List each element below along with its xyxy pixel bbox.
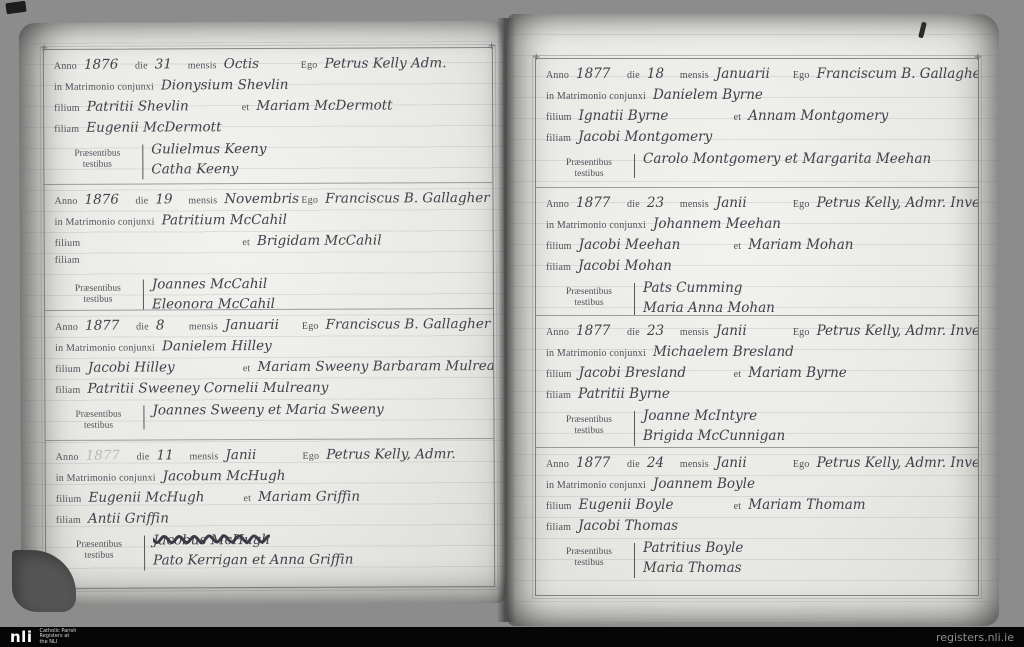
- witness-1: Joannes Sweeny et Maria Sweeny: [152, 401, 487, 422]
- anno-label: Anno: [54, 196, 77, 207]
- brace-mark: [634, 154, 635, 178]
- month-value: Novembris: [224, 191, 294, 207]
- witness-2: Brigida McCunnigan: [643, 428, 972, 447]
- right-page-frame: Anno 1877 die 18 mensis Januarii Ego Fra…: [535, 58, 979, 596]
- die-label: die: [627, 199, 640, 210]
- filium-label: filium: [546, 501, 572, 512]
- bride-father-name: Patritii Sweeney Cornelii Mulreany: [87, 380, 328, 397]
- die-label: die: [627, 459, 640, 470]
- priest-name: Petrus Kelly, Admr.: [326, 446, 456, 463]
- left-page-frame: Anno 1876 die 31 mensis Octis Ego Petrus…: [43, 47, 495, 589]
- groom-name: Danielem Byrne: [653, 87, 763, 103]
- et-label: et: [242, 102, 250, 113]
- groom-father-name: Eugenii Boyle: [579, 497, 727, 513]
- ego-label: Ego: [793, 327, 810, 338]
- witness-1: Joannes McCahil: [152, 275, 487, 296]
- register-entry: Anno 1877 die 11 mensis Janii Ego Petrus…: [46, 438, 495, 588]
- conjunxi-label: in Matrimonio conjunxi: [546, 480, 646, 491]
- witness-2: Maria Thomas: [643, 560, 972, 580]
- month-value: Janii: [716, 195, 786, 211]
- testibus-label: Præsentibus testibus: [546, 280, 632, 315]
- year-value: 1876: [84, 57, 128, 73]
- year-value: 1877: [85, 318, 129, 334]
- anno-label: Anno: [55, 322, 78, 333]
- bride-name: Mariam McDermott: [256, 97, 392, 114]
- register-left-page-scan: Anno 1876 die 31 mensis Octis Ego Petrus…: [19, 21, 506, 605]
- witness-2: Eleonora McCahil: [152, 295, 487, 310]
- groom-name: Jacobum McHugh: [163, 468, 286, 485]
- filium-label: filium: [546, 112, 572, 123]
- anno-label: Anno: [546, 199, 569, 210]
- groom-father-name: Eugenii McHugh: [88, 489, 236, 506]
- mensis-label: mensis: [188, 60, 217, 71]
- bride-father-name: Jacobi Montgomery: [578, 129, 712, 145]
- year-value: 1877: [576, 455, 620, 471]
- bride-name: Mariam Griffin: [258, 489, 360, 505]
- year-value: 1876: [85, 192, 129, 208]
- priest-name: Petrus Kelly Adm.: [324, 55, 446, 72]
- day-value: 23: [647, 323, 673, 339]
- filiam-label: filiam: [546, 522, 571, 533]
- ego-label: Ego: [793, 459, 810, 470]
- bride-name: Mariam Thomam: [748, 497, 865, 513]
- month-value: Janii: [716, 455, 786, 471]
- conjunxi-label: in Matrimonio conjunxi: [546, 348, 646, 359]
- register-entry: Anno 1877 die 24 mensis Janii Ego Petrus…: [536, 447, 978, 595]
- priest-name: Petrus Kelly, Admr. Inver: [817, 455, 978, 471]
- groom-name: Michaelem Bresland: [653, 344, 794, 360]
- bride-father-name: Jacobi Thomas: [578, 518, 678, 534]
- bride-name: Mariam Sweeny Barbaram Mulreany: [257, 358, 493, 375]
- die-label: die: [627, 70, 640, 81]
- die-label: die: [137, 451, 150, 462]
- anno-label: Anno: [546, 327, 569, 338]
- anno-label: Anno: [54, 61, 77, 72]
- filium-label: filium: [54, 103, 80, 114]
- filiam-label: filiam: [55, 255, 80, 266]
- conjunxi-label: in Matrimonio conjunxi: [56, 472, 156, 483]
- priest-name: Franciscum B. Gallagher C.C.: [817, 66, 978, 82]
- filiam-label: filiam: [54, 124, 79, 135]
- mensis-label: mensis: [680, 199, 709, 210]
- bride-father-name: Eugenii McDermott: [86, 119, 221, 136]
- year-value: 1877: [576, 66, 620, 82]
- groom-name: Danielem Hilley: [162, 338, 272, 354]
- testibus-label: Præsentibus testibus: [56, 533, 142, 573]
- conjunxi-label: in Matrimonio conjunxi: [546, 220, 646, 231]
- brace-mark: [634, 411, 635, 446]
- month-value: Januarii: [225, 317, 295, 333]
- priest-name: Franciscus B. Gallagher C.C.: [326, 316, 494, 333]
- filium-label: filium: [55, 364, 81, 375]
- testibus-label: Præsentibus testibus: [546, 408, 632, 447]
- et-label: et: [734, 501, 742, 512]
- nli-logo-group: nli Catholic Parish Registers at the NLI: [10, 629, 76, 646]
- conjunxi-label: in Matrimonio conjunxi: [546, 91, 646, 102]
- nli-logo-caption: Catholic Parish Registers at the NLI: [39, 629, 76, 646]
- ego-label: Ego: [301, 195, 318, 206]
- bride-name: Mariam Mohan: [748, 237, 853, 253]
- brace-mark: [634, 283, 635, 315]
- register-entry: Anno 1876 die 31 mensis Octis Ego Petrus…: [44, 48, 493, 184]
- et-label: et: [734, 241, 742, 252]
- mensis-label: mensis: [189, 321, 218, 332]
- groom-father-name: Jacobi Hilley: [88, 359, 236, 376]
- brace-mark: [142, 145, 143, 180]
- ego-label: Ego: [302, 321, 319, 332]
- day-value: 11: [156, 447, 182, 463]
- conjunxi-label: in Matrimonio conjunxi: [55, 216, 155, 227]
- die-label: die: [627, 327, 640, 338]
- register-entry: Anno 1877 die 23 mensis Janii Ego Petrus…: [536, 315, 978, 447]
- ego-label: Ego: [793, 70, 810, 81]
- register-entry: Anno 1876 die 19 mensis Novembris Ego Fr…: [44, 182, 493, 310]
- witness-1: Pats Cumming: [643, 280, 972, 300]
- testibus-label: Præsentibus testibus: [55, 403, 141, 432]
- month-value: Januarii: [716, 66, 786, 82]
- witness-2: Maria Anna Mohan: [643, 300, 972, 315]
- priest-name: Petrus Kelly, Admr. Inver: [817, 323, 978, 339]
- anno-label: Anno: [546, 459, 569, 470]
- month-value: Octis: [224, 56, 294, 72]
- priest-name: Franciscus B. Gallagher C.C. Inverensis: [325, 190, 493, 207]
- year-value: 1877: [86, 448, 130, 464]
- brace-mark: [634, 543, 635, 578]
- et-label: et: [243, 363, 251, 374]
- year-value: 1877: [576, 195, 620, 211]
- mensis-label: mensis: [189, 451, 218, 462]
- brace-mark: [144, 536, 145, 571]
- ego-label: Ego: [302, 451, 319, 462]
- witness-1: Carolo Montgomery et Margarita Meehan: [643, 151, 972, 171]
- mensis-label: mensis: [680, 459, 709, 470]
- brace-mark: [143, 280, 144, 310]
- groom-father-name: Jacobi Meehan: [579, 237, 727, 253]
- mensis-label: mensis: [680, 70, 709, 81]
- register-entry: Anno 1877 die 18 mensis Januarii Ego Fra…: [536, 59, 978, 187]
- anno-label: Anno: [546, 70, 569, 81]
- testibus-label: Præsentibus testibus: [546, 151, 632, 180]
- register-entry: Anno 1877 die 8 mensis Januarii Ego Fran…: [45, 308, 494, 440]
- ego-label: Ego: [301, 60, 318, 71]
- scan-edge-mark: [5, 1, 26, 15]
- witness-2: Catha Keeny: [151, 160, 486, 181]
- filium-label: filium: [546, 369, 572, 380]
- bride-name: Brigidam McCahil: [257, 232, 382, 249]
- filium-label: filium: [56, 494, 82, 505]
- witness-1-crossed-out: Jacobus McHugh: [153, 531, 488, 552]
- groom-name: Johannem Meehan: [653, 216, 781, 232]
- testibus-label: Præsentibus testibus: [55, 277, 141, 310]
- register-entry: Anno 1877 die 23 mensis Janii Ego Petrus…: [536, 187, 978, 315]
- groom-name: Patritium McCahil: [162, 212, 287, 229]
- day-value: 18: [647, 66, 673, 82]
- mensis-label: mensis: [188, 195, 217, 206]
- filiam-label: filiam: [546, 133, 571, 144]
- filiam-label: filiam: [55, 385, 80, 396]
- nli-logo: nli: [10, 629, 32, 645]
- register-right-page-scan: Anno 1877 die 18 mensis Januarii Ego Fra…: [507, 14, 999, 626]
- day-value: 31: [155, 56, 181, 72]
- witness-1: Gulielmus Keeny: [151, 140, 486, 161]
- filium-label: filium: [546, 241, 572, 252]
- bride-name: Annam Montgomery: [748, 108, 888, 124]
- filium-label: filium: [55, 238, 81, 249]
- witness-1: Joanne McIntyre: [643, 408, 972, 428]
- brace-mark: [143, 406, 144, 430]
- die-label: die: [135, 60, 148, 71]
- day-value: 24: [647, 455, 673, 471]
- month-value: Janii: [225, 447, 295, 463]
- groom-father-name: Ignatii Byrne: [579, 108, 727, 124]
- et-label: et: [242, 237, 250, 248]
- groom-name: Joannem Boyle: [653, 476, 755, 492]
- die-label: die: [136, 321, 149, 332]
- et-label: et: [734, 112, 742, 123]
- witness-2: Pato Kerrigan et Anna Griffin: [153, 551, 488, 572]
- filiam-label: filiam: [546, 390, 571, 401]
- footer-bar: nli Catholic Parish Registers at the NLI…: [0, 627, 1024, 647]
- site-watermark: registers.nli.ie: [936, 631, 1014, 644]
- entry-header-row: Anno 1876 die 31 mensis Octis Ego Petrus…: [54, 55, 486, 78]
- bride-father-name: Jacobi Mohan: [578, 258, 672, 274]
- et-label: et: [243, 493, 251, 504]
- bride-father-name: Antii Griffin: [88, 510, 169, 526]
- month-value: Janii: [716, 323, 786, 339]
- testibus-label: Præsentibus testibus: [54, 142, 140, 182]
- bride-name: Mariam Byrne: [748, 365, 846, 381]
- day-value: 8: [156, 317, 182, 333]
- mensis-label: mensis: [680, 327, 709, 338]
- filiam-label: filiam: [56, 515, 81, 526]
- filiam-label: filiam: [546, 262, 571, 273]
- testibus-label: Præsentibus testibus: [546, 540, 632, 580]
- day-value: 19: [155, 191, 181, 207]
- ego-label: Ego: [793, 199, 810, 210]
- conjunxi-label: in Matrimonio conjunxi: [55, 342, 155, 353]
- et-label: et: [734, 369, 742, 380]
- bride-father-name: Patritii Byrne: [578, 386, 670, 402]
- die-label: die: [136, 195, 149, 206]
- groom-father-name: Jacobi Bresland: [579, 365, 727, 381]
- day-value: 23: [647, 195, 673, 211]
- year-value: 1877: [576, 323, 620, 339]
- anno-label: Anno: [56, 452, 79, 463]
- groom-father-name: Patritii Shevlin: [87, 98, 235, 115]
- witness-1: Patritius Boyle: [643, 540, 972, 560]
- groom-father-name: [87, 245, 235, 246]
- priest-name: Petrus Kelly, Admr. Inver: [817, 195, 978, 211]
- groom-name: Dionysium Shevlin: [161, 77, 289, 94]
- conjunxi-label: in Matrimonio conjunxi: [54, 81, 154, 92]
